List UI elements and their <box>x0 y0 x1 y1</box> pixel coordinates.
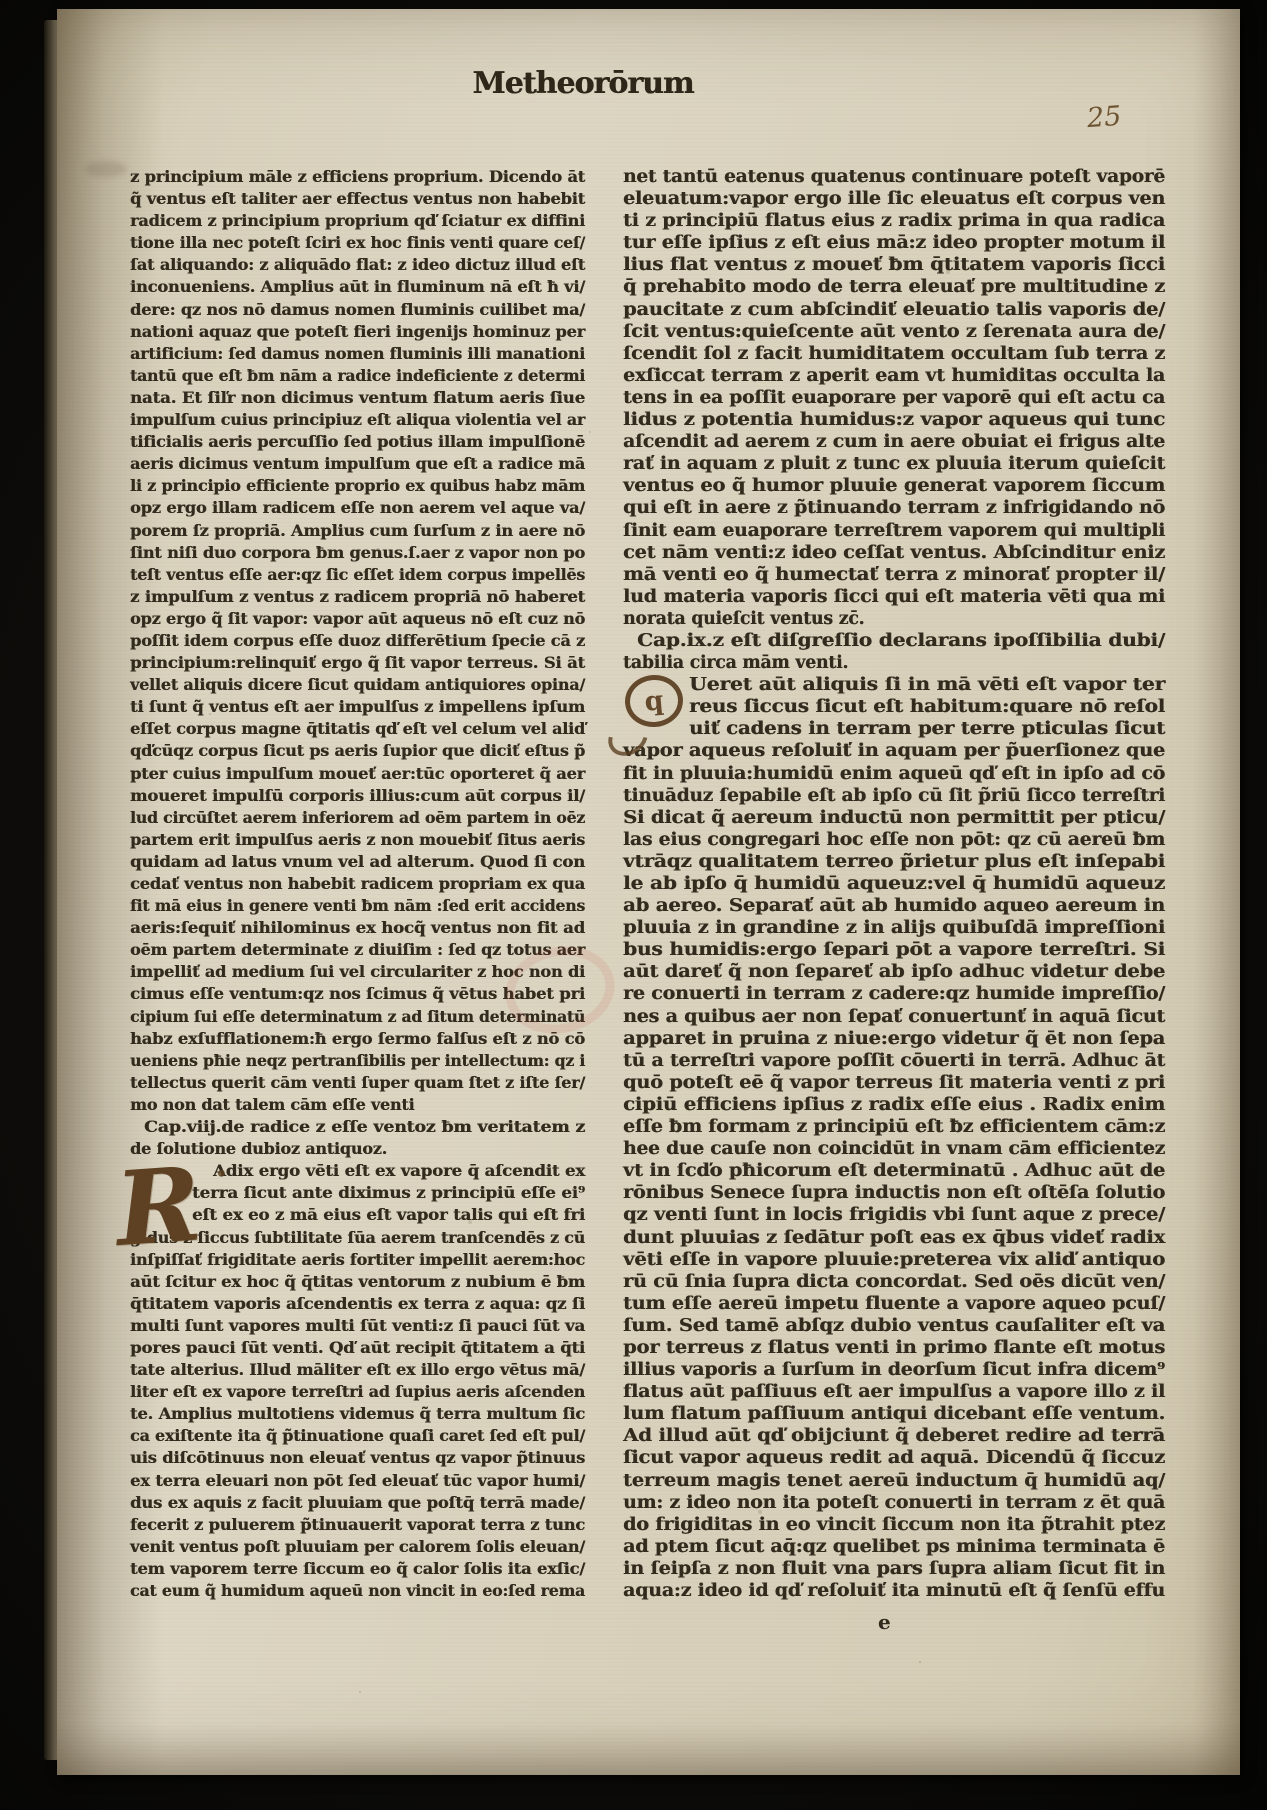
text-line: ventus eo q̃ humor pluuie generat vapore… <box>623 475 1165 497</box>
text-line: tantū que eſt ƀm nām a radice indeficien… <box>130 365 585 387</box>
text-line: cet nām venti:z ideo ceſſat ventus. Abſc… <box>623 542 1165 564</box>
text-line: qz venti ſunt in locis frigidis vbi ſunt… <box>623 1204 1165 1226</box>
text-line: moueret impulſū corporis illius:cum aūt … <box>130 785 585 807</box>
text-line: fit mā eius in genere venti ƀm nām :ſed … <box>130 895 585 917</box>
text-line: aeris:ſequiť nihilominus ex hocq̃ ventus… <box>130 917 585 939</box>
book-page: Metheorōrum 25 z principium māle z effic… <box>57 9 1240 1775</box>
text-line: por terreus z flatus venti in primo flan… <box>623 1337 1165 1359</box>
text-line: ſinit eam euaporare terreſtrem vaporem q… <box>623 520 1165 542</box>
text-line: fecerit z puluerem p̃tinuauerit vaporat … <box>130 1514 585 1536</box>
text-line: nata. Et ſiľr non dicimus ventum flatum … <box>130 387 585 409</box>
text-line: hee due cauſe non coincidūt in vnam cām … <box>623 1138 1165 1160</box>
text-line: nes a quibus aer non ſepať conuertunť in… <box>623 1006 1165 1028</box>
text-line: uis diſcōtinuus non eleuať ventus qz vap… <box>130 1447 585 1469</box>
text-line: ti ſunt q̃ ventus eſt aer impulſus z imp… <box>130 696 585 718</box>
text-line: las eius congregari hoc eſſe non pōt: qz… <box>623 829 1165 851</box>
book-gutter-edge <box>44 20 57 1760</box>
text-line: lud circūſtet aerem inferiorem ad oēm pa… <box>130 807 585 829</box>
text-line: cat eum q̃ humidum aqueū non vincit in e… <box>130 1580 585 1602</box>
text-line: q̃ ventus eſt taliter aer effectus ventu… <box>130 188 585 210</box>
text-line: artificium: ſed damus nomen fluminis ill… <box>130 343 585 365</box>
photo-background: Metheorōrum 25 z principium māle z effic… <box>0 0 1267 1810</box>
text-line: principium:relinquiť ergo q̃ ſit vapor t… <box>130 652 585 674</box>
text-line: aſcendit ad aerem z cum in aere obuiat e… <box>623 431 1165 453</box>
text-line: inconueniens. Amplius aūt in fluminum nā… <box>130 276 585 298</box>
text-line: q̄titatem vaporis aſcendentis ex terra z… <box>130 1293 585 1315</box>
text-line: mā venti eo q̃ humectať terra z minorať … <box>623 564 1165 586</box>
text-line: re conuerti in terram z cadere:qz humide… <box>623 983 1165 1005</box>
text-line: pores pauci ſūt venti. Qď aūt recipit q̄… <box>130 1337 585 1359</box>
text-line: quidam ad latus vnum vel ad alterum. Quo… <box>130 851 585 873</box>
text-line: aeris dicimus ventum impulſum que eſt a … <box>130 453 585 475</box>
text-line: te. Amplius multotiens videmus q̃ terra … <box>130 1403 585 1425</box>
text-line: ſum. Sed tamē abſqz dubio ventus cauſali… <box>623 1315 1165 1337</box>
text-line: tū a terreſtri vapore poſſit cōuerti in … <box>623 1050 1165 1072</box>
text-line: tem vaporem terre ſiccum eo q̃ calor ſol… <box>130 1558 585 1580</box>
text-line: dunt pluuias z ſedātur poſt eas ex q̄bus… <box>623 1227 1165 1249</box>
text-line: poſſit idem corpus eſſe duoz differētium… <box>130 630 585 652</box>
text-line: dere: qz nos nō damus nomen fluminis cui… <box>130 299 585 321</box>
text-line: do frigiditas in eo vincit ſiccum non it… <box>623 1514 1165 1536</box>
text-line: dus ex aquis z facit pluuiam que poſtq̄ … <box>130 1492 585 1514</box>
text-line: Si dicat q̃ aereum inductū non permittit… <box>623 807 1165 829</box>
text-line: flatus aūt paſſiuus eſt aer impulſus a v… <box>623 1381 1165 1403</box>
text-line: vapor aqueus reſoluiť in aquam per p̃uer… <box>623 740 1165 762</box>
text-line: pter cuius impulſum moueť aer:tūc oporte… <box>130 763 585 785</box>
text-line: ſicut vapor aqueus redit ad aquā. Dicend… <box>623 1447 1165 1469</box>
text-line: tens in ea poſſit euaporare per vaporē q… <box>623 387 1165 409</box>
text-line: lud materia vaporis ſicci qui eſt materi… <box>623 586 1165 608</box>
manuscript-initial-R: R <box>113 1151 242 1289</box>
text-line: li z principio efficiente proprio ex qui… <box>130 475 585 497</box>
text-line: vellet aliquis dicere ſicut quidam antiq… <box>130 674 585 696</box>
text-line: ſat aliquando: z aliquādo flat: z ideo d… <box>130 254 585 276</box>
text-line: ad ptem ſicut aq̄:qz quelibet ps minima … <box>623 1536 1165 1558</box>
text-line: tur eſſe ipſius z eſt eius mā:z ideo pro… <box>623 232 1165 254</box>
text-line: apparet in pruina z niue:ergo videtur q̃… <box>623 1028 1165 1050</box>
text-line: Ueret aūt aliquis ſi in mā vēti eſt vapo… <box>623 674 1165 696</box>
margin-smudge <box>85 161 127 177</box>
text-line: ſcendit ſol z facit humiditatem occultam… <box>623 343 1165 365</box>
text-line: aqua:z ideo id qď reſoluiť ita minutū eſ… <box>623 1580 1165 1602</box>
paper-speckles <box>57 9 59 11</box>
text-line: eleuatum:vapor ergo ille ſic eleuatus eſ… <box>623 188 1165 210</box>
text-line: exſiccat terram z aperit eam vt humidita… <box>623 365 1165 387</box>
text-line: ex terra eleuari non pōt ſed eleuať tūc … <box>130 1470 585 1492</box>
text-line: porem ſz propriā. Amplius cum ſurſum z i… <box>130 520 585 542</box>
text-line: q̄ prehabito modo de terra eleuať pre mu… <box>623 276 1165 298</box>
text-line: tum eſſe aereū impetu fluente a vapore a… <box>623 1293 1165 1315</box>
text-line: norata quieſcit ventus zc̄. <box>623 608 1165 630</box>
text-line: cipiū efficiens ipſius z radix eſſe eius… <box>623 1094 1165 1116</box>
text-line: z impulſum z ventus z radicem propriā nō… <box>130 586 585 608</box>
text-line: qďcūqz corpus ſicut ps aeris ſupior que … <box>130 740 585 762</box>
text-line: mo non dat talem cām eſſe venti <box>130 1094 585 1116</box>
text-line: vtrāqz qualitatem terreo p̃rietur plus e… <box>623 851 1165 873</box>
text-line: paucitate z cum abſcindiť eleuatio talis… <box>623 299 1165 321</box>
text-line: tellectus querit cām venti ſuper quam ſt… <box>130 1072 585 1094</box>
folio-number: 25 <box>1086 99 1148 134</box>
text-line: terreum magis tenet aereū inductum q̄ hu… <box>623 1470 1165 1492</box>
text-line: rū cū ſnia ſupra dicta concordat. Sed oē… <box>623 1271 1165 1293</box>
text-line: ſcit ventus:quieſcente aūt vento z ſeren… <box>623 321 1165 343</box>
guide-letter-q: q <box>643 687 664 716</box>
text-line: habz exſufflationem:ħ ergo ſermo falſus … <box>130 1028 585 1050</box>
text-line: Cap.viij.de radice z eſſe ventoz ƀm veri… <box>130 1116 585 1138</box>
text-line: venit ventus poſt pluuiam per calorem ſo… <box>130 1536 585 1558</box>
text-line: pluuia z in grandine z in alĳs quibuſdā … <box>623 917 1165 939</box>
text-line: lius flat ventus z moueť ƀm q̄titatem va… <box>623 254 1165 276</box>
text-column-right: net tantū eatenus quatenus continuare po… <box>623 166 1165 1602</box>
text-line: oēm partem determinate z diuiſim : ſed q… <box>130 939 585 961</box>
text-line: ca exiſtente ita q̃ p̃tinuatione quaſi c… <box>130 1425 585 1447</box>
text-line: lum flatum paſſiuum antiqui dicebant eſſ… <box>623 1403 1165 1425</box>
text-line: opz ergo q̃ ſit vapor: vapor aūt aqueus … <box>130 608 585 630</box>
text-line: impulſum cuius principiuz eſt aliqua vio… <box>130 409 585 431</box>
text-line: cedať ventus non habebit radicem propria… <box>130 873 585 895</box>
text-line: liter eſt ex vapore terreſtri ad ſupius … <box>130 1381 585 1403</box>
text-line: le ab ipſo q̄ humidū aqueuz:vel q̄ humid… <box>623 873 1165 895</box>
text-line: net tantū eatenus quatenus continuare po… <box>623 166 1165 188</box>
text-line: opz ergo illam radicem eſſe non aerem ve… <box>130 497 585 519</box>
text-line: tione illa nec poteſt ſciri ex hoc finis… <box>130 232 585 254</box>
text-line: lidus z potentia humidus:z vapor aqueus … <box>623 409 1165 431</box>
text-line: Cap.ix.z eſt diſgreſſio declarans ipoſſi… <box>623 630 1165 652</box>
text-line: Ad illud aūt qď obĳciunt q̃ deberet redi… <box>623 1425 1165 1447</box>
text-line: fit in pluuia:humidū enim aqueū qď eſt i… <box>623 763 1165 785</box>
text-line: eſſe ƀm formam z principiū eſt ƀz effici… <box>623 1116 1165 1138</box>
text-line: tificialis aeris percuſſio ſed potius il… <box>130 431 585 453</box>
text-line: qui eſt in aere z p̃tinuando terram z in… <box>623 497 1165 519</box>
text-line: tate alterius. Illud māliter eſt ex illo… <box>130 1359 585 1381</box>
text-line: rať in aquam z pluit z tunc ex pluuia it… <box>623 453 1165 475</box>
text-line: multi ſunt vapores multi ſūt venti:z ſi … <box>130 1315 585 1337</box>
text-line: ſint niſi duo corpora ƀm genus.ſ.aer z v… <box>130 542 585 564</box>
text-line: rōnibus Senece ſupra inductis non eſt oſ… <box>623 1182 1165 1204</box>
running-title: Metheorōrum <box>433 66 733 101</box>
text-line: partem erit impulſus aeris z non mouebiť… <box>130 829 585 851</box>
text-line: eſſet corpus magne q̄titatis qď eſt vel … <box>130 718 585 740</box>
text-line: nationi aquaz que poteſt fieri ingenĳs h… <box>130 321 585 343</box>
text-column-left: z principium māle z efficiens proprium. … <box>130 166 585 1602</box>
text-line: um: z ideo non ita poteſt conuerti in te… <box>623 1492 1165 1514</box>
text-line: vt in ſcďo pħicorum eſt determinatū . Ad… <box>623 1160 1165 1182</box>
text-line: illius vaporis a ſurſum in deorſum ſicut… <box>623 1359 1165 1381</box>
text-line: uiť cadens in terram per terre pticulas … <box>623 718 1165 740</box>
text-line: tinuāduz ſepabile eſt ab ipſo cū ſit p̃r… <box>623 785 1165 807</box>
text-line: in ſeipſa z non fluit vna pars ſupra ali… <box>623 1558 1165 1580</box>
signature-mark: e <box>878 1610 891 1634</box>
text-line: teſt ventus eſſe aer:qz ſic eſſet idem c… <box>130 564 585 586</box>
text-line: ueniens pħie neqz pertranſibilis per int… <box>130 1050 585 1072</box>
text-line: tabilia circa mām venti. <box>623 652 1165 674</box>
text-line: ti z principiū flatus eius z radix prima… <box>623 210 1165 232</box>
text-line: quō poteſt eē q̃ vapor terreus ſit mater… <box>623 1072 1165 1094</box>
text-line: z principium māle z efficiens proprium. … <box>130 166 585 188</box>
text-line: vēti eſſe in vapore pluuie:preterea vix … <box>623 1249 1165 1271</box>
text-line: bus humidis:ergo ſepari pōt a vapore ter… <box>623 939 1165 961</box>
text-line: radicem z principium proprium qď ſciatur… <box>130 210 585 232</box>
text-line: reus ſiccus ſicut eſt habitum:quare nō r… <box>623 696 1165 718</box>
text-line: ab aereo. Separať aūt ab humido aqueo ae… <box>623 895 1165 917</box>
text-line: aūt dareť q̃ non ſepareť ab ipſo adhuc v… <box>623 961 1165 983</box>
